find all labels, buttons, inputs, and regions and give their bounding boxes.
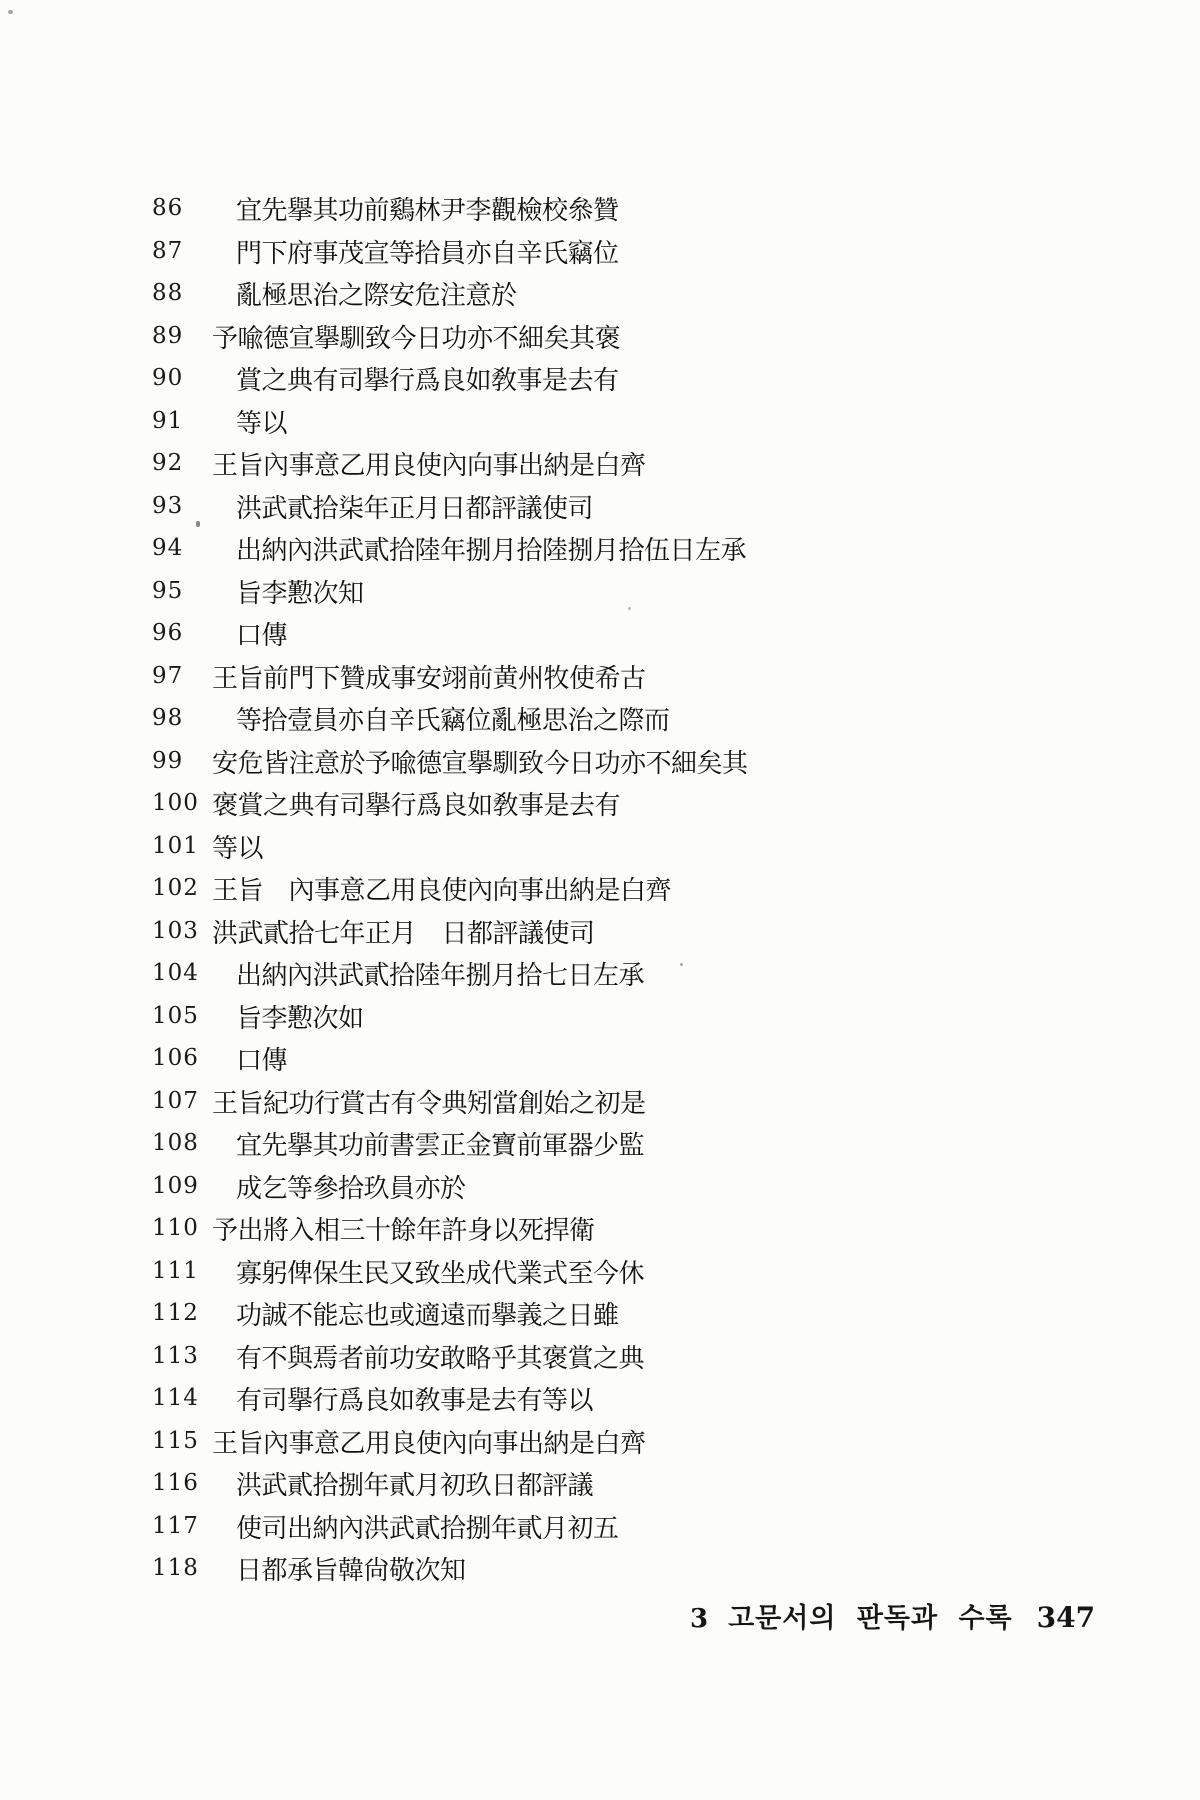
line-number: 90: [152, 365, 183, 391]
line-text: 王旨內事意乙用良使內向事出納是白齊: [212, 445, 646, 482]
document-line: 109成乞等參拾玖員亦於: [0, 1168, 1200, 1211]
line-number: 106: [152, 1045, 199, 1071]
scan-speck: [8, 10, 13, 14]
document-line: 91等以: [0, 403, 1200, 446]
scan-speck: [503, 884, 507, 888]
line-number: 113: [152, 1343, 199, 1369]
line-text: 功誠不能忘也或適遠而擧義之日雖: [236, 1295, 619, 1332]
scan-speck: [680, 963, 683, 966]
line-number: 112: [152, 1300, 199, 1326]
line-text: 予喩德宣擧馴致今日功亦不細矣其褒: [212, 318, 620, 355]
document-line: 98等拾壹員亦自辛氏竊位亂極思治之際而: [0, 700, 1200, 743]
line-number: 93: [152, 493, 183, 519]
line-number: 109: [152, 1173, 199, 1199]
line-number: 91: [152, 408, 183, 434]
document-line: 110予出將入相三十餘年許身以死捍衛: [0, 1210, 1200, 1253]
line-text: 等以: [212, 828, 263, 865]
document-line: 104出納內洪武貳拾陸年捌月拾七日左承: [0, 955, 1200, 998]
page-footer: 3 고문서의 판독과 수록 347: [690, 1596, 1095, 1635]
document-line: 100褒賞之典有司擧行爲良如敎事是去有: [0, 785, 1200, 828]
scanned-document-page: 86宜先擧其功前鷄林尹李觀檢校叅贊87門下府事茂宣等拾員亦自辛氏竊位88亂極思治…: [0, 0, 1200, 1800]
line-number: 98: [152, 705, 183, 731]
line-text: 洪武貳拾捌年貳月初玖日都評議: [236, 1465, 593, 1502]
line-text: 等拾壹員亦自辛氏竊位亂極思治之際而: [236, 700, 670, 737]
line-number: 101: [152, 833, 199, 859]
footer-page-number: 347: [1037, 1601, 1095, 1634]
line-text: 王旨紀功行賞古有令典矧當創始之初是: [212, 1083, 646, 1120]
document-line: 115王旨內事意乙用良使內向事出納是白齊: [0, 1423, 1200, 1466]
line-text: 予出將入相三十餘年許身以死捍衛: [212, 1210, 595, 1247]
document-line: 89予喩德宣擧馴致今日功亦不細矣其褒: [0, 318, 1200, 361]
line-text: 洪武貳拾柒年正月日都評議使司: [236, 488, 593, 525]
scan-speck: [196, 521, 200, 527]
line-number: 108: [152, 1130, 199, 1156]
document-line: 99安危皆注意於予喩德宣擧馴致今日功亦不細矣其: [0, 743, 1200, 786]
document-line: 92王旨內事意乙用良使內向事出納是白齊: [0, 445, 1200, 488]
scan-speck: [628, 607, 631, 610]
document-line: 113有不與焉者前功安敢略乎其褒賞之典: [0, 1338, 1200, 1381]
line-text: 洪武貳拾七年正月 日都評議使司: [212, 913, 595, 950]
line-number: 110: [152, 1215, 199, 1241]
line-text: 旨李懃次知: [236, 573, 364, 610]
line-text: 成乞等參拾玖員亦於: [236, 1168, 466, 1205]
footer-section-title: 고문서의 판독과 수록: [728, 1596, 1013, 1635]
document-line: 108宜先擧其功前書雲正金寶前軍器少監: [0, 1125, 1200, 1168]
document-line: 88亂極思治之際安危注意於: [0, 275, 1200, 318]
line-text: 褒賞之典有司擧行爲良如敎事是去有: [212, 785, 620, 822]
line-number: 114: [152, 1385, 199, 1411]
line-number: 89: [152, 323, 183, 349]
document-line: 112功誠不能忘也或適遠而擧義之日雖: [0, 1295, 1200, 1338]
document-line: 86宜先擧其功前鷄林尹李觀檢校叅贊: [0, 190, 1200, 233]
line-text: 旨李懃次如: [236, 998, 364, 1035]
line-number: 115: [152, 1428, 199, 1454]
line-number: 88: [152, 280, 183, 306]
line-text: 宜先擧其功前鷄林尹李觀檢校叅贊: [236, 190, 619, 227]
line-text: 口傳: [236, 615, 287, 652]
line-number: 104: [152, 960, 199, 986]
line-number: 100: [152, 790, 199, 816]
line-number: 94: [152, 535, 183, 561]
line-text: 王旨前門下贊成事安翊前黄州牧使希古: [212, 658, 646, 695]
document-line: 116洪武貳拾捌年貳月初玖日都評議: [0, 1465, 1200, 1508]
document-line: 117使司出納內洪武貳拾捌年貳月初五: [0, 1508, 1200, 1551]
footer-section-number: 3: [690, 1604, 708, 1634]
line-number: 99: [152, 748, 183, 774]
document-line: 111寡躬俾保生民又致坐成代業式至今休: [0, 1253, 1200, 1296]
line-number: 86: [152, 195, 183, 221]
line-number: 117: [152, 1513, 199, 1539]
line-number: 87: [152, 238, 183, 264]
line-text: 出納內洪武貳拾陸年捌月拾陸捌月拾伍日左承: [236, 530, 746, 567]
document-line: 118日都承旨韓尙敬次知: [0, 1550, 1200, 1593]
line-number: 105: [152, 1003, 199, 1029]
lines: 86宜先擧其功前鷄林尹李觀檢校叅贊87門下府事茂宣等拾員亦自辛氏竊位88亂極思治…: [0, 190, 1200, 1593]
line-text: 使司出納內洪武貳拾捌年貳月初五: [236, 1508, 619, 1545]
line-number: 118: [152, 1555, 199, 1581]
line-number: 92: [152, 450, 183, 476]
document-line: 97王旨前門下贊成事安翊前黄州牧使希古: [0, 658, 1200, 701]
document-line: 87門下府事茂宣等拾員亦自辛氏竊位: [0, 233, 1200, 276]
line-number: 111: [152, 1258, 199, 1284]
line-text: 有不與焉者前功安敢略乎其褒賞之典: [236, 1338, 644, 1375]
document-line: 90賞之典有司擧行爲良如敎事是去有: [0, 360, 1200, 403]
document-line: 114有司擧行爲良如敎事是去有等以: [0, 1380, 1200, 1423]
document-line: 94出納內洪武貳拾陸年捌月拾陸捌月拾伍日左承: [0, 530, 1200, 573]
line-text: 門下府事茂宣等拾員亦自辛氏竊位: [236, 233, 619, 270]
document-line: 107王旨紀功行賞古有令典矧當創始之初是: [0, 1083, 1200, 1126]
line-text: 宜先擧其功前書雲正金寶前軍器少監: [236, 1125, 644, 1162]
line-text: 王旨內事意乙用良使內向事出納是白齊: [212, 1423, 646, 1460]
line-text: 日都承旨韓尙敬次知: [236, 1550, 466, 1587]
line-text: 等以: [236, 403, 287, 440]
line-number: 116: [152, 1470, 199, 1496]
line-number: 96: [152, 620, 183, 646]
document-line: 102王旨 內事意乙用良使內向事出納是白齊: [0, 870, 1200, 913]
line-text: 出納內洪武貳拾陸年捌月拾七日左承: [236, 955, 644, 992]
document-line: 106口傳: [0, 1040, 1200, 1083]
line-text: 王旨 內事意乙用良使內向事出納是白齊: [212, 870, 671, 907]
line-number: 102: [152, 875, 199, 901]
document-line: 95旨李懃次知: [0, 573, 1200, 616]
document-line: 93洪武貳拾柒年正月日都評議使司: [0, 488, 1200, 531]
document-line: 103洪武貳拾七年正月 日都評議使司: [0, 913, 1200, 956]
line-text: 寡躬俾保生民又致坐成代業式至今休: [236, 1253, 644, 1290]
line-number: 97: [152, 663, 183, 689]
line-text: 有司擧行爲良如敎事是去有等以: [236, 1380, 593, 1417]
document-line: 96口傳: [0, 615, 1200, 658]
line-text: 亂極思治之際安危注意於: [236, 275, 517, 312]
document-line: 101等以: [0, 828, 1200, 871]
line-number: 107: [152, 1088, 199, 1114]
line-text: 口傳: [236, 1040, 287, 1077]
line-text: 安危皆注意於予喩德宣擧馴致今日功亦不細矣其: [212, 743, 748, 780]
document-line: 105旨李懃次如: [0, 998, 1200, 1041]
line-text: 賞之典有司擧行爲良如敎事是去有: [236, 360, 619, 397]
line-number: 103: [152, 918, 199, 944]
line-number: 95: [152, 578, 183, 604]
